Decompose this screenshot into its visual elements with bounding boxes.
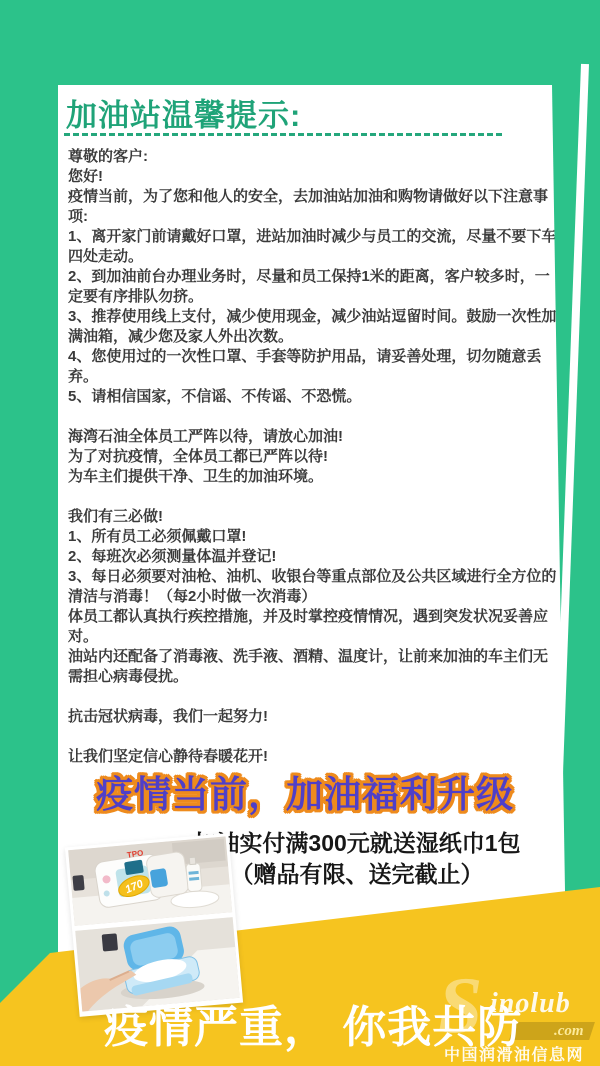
body-line: 3、每日必须要对油枪、油机、收银台等重点部位及公共区域进行全方位的 — [68, 567, 570, 587]
body-line: 为了对抗疫情，全体员工都已严阵以待! — [68, 447, 570, 467]
promo-offer-line1: 加油实付满300元就送湿纸巾1包 — [182, 828, 532, 859]
body-line — [68, 727, 570, 747]
title-underline-dashes — [64, 133, 502, 136]
body-line: 尊敬的客户: — [68, 147, 570, 167]
footer-slogan: 疫情严重， 你我共防 — [104, 991, 522, 1055]
body-line: 为车主们提供干净、卫生的加油环境。 — [68, 467, 570, 487]
page-title: 加油站温馨提示: — [66, 90, 301, 135]
body-line — [68, 407, 570, 427]
body-line: 定要有序排队勿挤。 — [68, 287, 570, 307]
body-line: 海湾石油全体员工严阵以待，请放心加油! — [68, 427, 570, 447]
body-line: 四处走动。 — [68, 247, 570, 267]
body-line: 3、推荐使用线上支付，减少使用现金，减少油站逗留时间。鼓励一次性加 — [68, 307, 570, 327]
body-line: 5、请相信国家，不信谣、不传谣、不恐慌。 — [68, 387, 570, 407]
body-line: 2、到加油前台办理业务时，尽量和员工保持1米的距离，客户较多时，一 — [68, 267, 570, 287]
body-line: 疫情当前，为了您和他人的安全，去加油站加油和购物请做好以下注意事 — [68, 187, 570, 207]
body-line: 弃。 — [68, 367, 570, 387]
promo-headline: 疫情当前，加油福利升级 — [58, 764, 552, 818]
body-line: 我们有三必做! — [68, 507, 570, 527]
body-line: 油站内还配备了消毒液、洗手液、酒精、温度计，让前来加油的车主们无 — [68, 647, 570, 667]
body-line: 4、您使用过的一次性口罩、手套等防护用品，请妥善处理，切勿随意丢 — [68, 347, 570, 367]
body-line: 项: — [68, 207, 570, 227]
body-line — [68, 687, 570, 707]
body-line: 清洁与消毒！（每2小时做一次消毒） — [68, 587, 570, 607]
body-line: 满油箱，减少您及家人外出次数。 — [68, 327, 570, 347]
body-line: 需担心病毒侵扰。 — [68, 667, 570, 687]
body-line: 1、所有员工必须佩戴口罩! — [68, 527, 570, 547]
gas-station-notice-poster: 加油站温馨提示: 尊敬的客户: 您好! 疫情当前，为了您和他人的安全，去加油站加… — [0, 0, 600, 1066]
body-line: 体员工都认真执行疾控措施，并及时掌控疫情情况，遇到突发状况妥善应 — [68, 607, 570, 627]
promo-offer-line2: （赠品有限、送完截止） — [182, 859, 532, 890]
body-line: 对。 — [68, 627, 570, 647]
notice-body: 尊敬的客户: 您好! 疫情当前，为了您和他人的安全，去加油站加油和购物请做好以下… — [68, 147, 570, 767]
body-line: 抗击冠状病毒，我们一起努力! — [68, 707, 570, 727]
watermark-dotcom: .com — [554, 1022, 584, 1040]
body-line: 2、每班次必须测量体温并登记! — [68, 547, 570, 567]
body-line — [68, 487, 570, 507]
promo-offer: 加油实付满300元就送湿纸巾1包 （赠品有限、送完截止） — [182, 828, 532, 890]
gift-photo-block: TPO 170 — [65, 833, 243, 1017]
body-line: 您好! — [68, 167, 570, 187]
body-line: 1、离开家门前请戴好口罩，进站加油时减少与员工的交流，尽量不要下车 — [68, 227, 570, 247]
wipes-packs-photo: TPO 170 — [68, 836, 232, 925]
